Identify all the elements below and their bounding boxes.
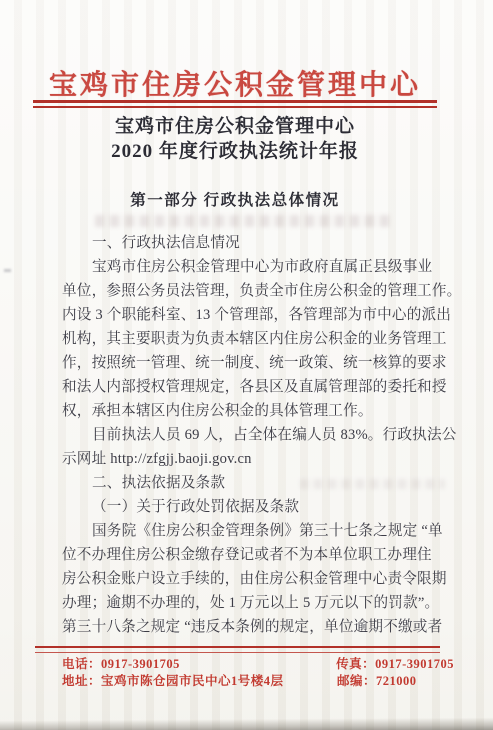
document-title-line1: 宝鸡市住房公积金管理中心 [33, 114, 437, 139]
postcode-value: 721000 [376, 674, 417, 688]
scan-edge-shadow [0, 717, 493, 730]
address-label: 地址： [62, 674, 101, 688]
letterhead-double-rule [33, 100, 437, 108]
body-line: 宝鸡市住房公积金管理中心为市政府直属正县级事业 [62, 255, 434, 279]
section-heading: 第一部分 行政执法总体情况 [33, 188, 437, 210]
footer-row-2: 地址：宝鸡市陈仓园市民中心1号楼4层 邮编：721000 [62, 673, 454, 690]
body-line: （一）关于行政处罚依据及条款 [62, 495, 434, 519]
letterhead-org-name: 宝鸡市住房公积金管理中心 [33, 63, 437, 103]
phone-value: 0917-3901705 [101, 657, 180, 671]
footer-phone: 电话：0917-3901705 [62, 656, 336, 673]
body-line: 内设 3 个职能科室、13 个管理部，各管理部为市中心的派出 [62, 303, 434, 327]
footer-row-1: 电话：0917-3901705 传真：0917-3901705 [62, 656, 454, 673]
postcode-label: 邮编： [337, 674, 376, 688]
body-line: 权，承担本辖区内住房公积金的具体管理工作。 [62, 399, 434, 423]
footer-postcode: 邮编：721000 [337, 673, 417, 690]
body-line: 机构，其主要职责为负责本辖区内住房公积金的业务管理工 [62, 327, 434, 351]
scan-speck [4, 269, 11, 272]
body-line: 目前执法人员 69 人，占全体在编人员 83%。行政执法公 [62, 423, 434, 447]
footer-contact-block: 电话：0917-3901705 传真：0917-3901705 地址：宝鸡市陈仓… [62, 656, 454, 690]
document-title-line2: 2020 年度行政执法统计年报 [33, 139, 437, 164]
footer-fax: 传真：0917-3901705 [336, 656, 454, 673]
body-line: 位不办理住房公积金缴存登记或者不为本单位职工办理住 [62, 543, 434, 567]
footer-double-rule [35, 646, 440, 653]
body-text: 一、行政执法信息情况 宝鸡市住房公积金管理中心为市政府直属正县级事业 单位，参照… [62, 231, 434, 639]
body-line: 办理；逾期不办理的，处 1 万元以上 5 万元以下的罚款”。 [62, 591, 434, 615]
fax-value: 0917-3901705 [375, 657, 454, 671]
phone-label: 电话： [62, 657, 101, 671]
scanned-document-page: 宝鸡市住房公积金管理中心 宝鸡市住房公积金管理中心 2020 年度行政执法统计年… [0, 0, 493, 730]
body-line: 作，按照统一管理、统一制度、统一政策、统一核算的要求 [62, 351, 434, 375]
fax-label: 传真： [336, 657, 375, 671]
body-line: 二、执法依据及条款 [62, 471, 434, 495]
body-line: 房公积金账户设立手续的，由住房公积金管理中心责令限期 [62, 567, 434, 591]
address-value: 宝鸡市陈仓园市民中心1号楼4层 [101, 674, 284, 688]
body-line: 和法人内部授权管理规定，各县区及直属管理部的委托和授 [62, 375, 434, 399]
body-line: 第三十八条之规定 “违反本条例的规定，单位逾期不缴或者 [62, 615, 434, 639]
body-line: 单位，参照公务员法管理，负责全市住房公积金的管理工作。 [62, 279, 434, 303]
body-line: 示网址 http://zfgjj.baoji.gov.cn [62, 447, 434, 471]
bleed-through-smudge [95, 215, 391, 227]
body-line: 一、行政执法信息情况 [62, 231, 434, 255]
body-line: 国务院《住房公积金管理条例》第三十七条之规定 “单 [62, 519, 434, 543]
document-title: 宝鸡市住房公积金管理中心 2020 年度行政执法统计年报 [33, 114, 437, 164]
footer-address: 地址：宝鸡市陈仓园市民中心1号楼4层 [62, 673, 337, 690]
